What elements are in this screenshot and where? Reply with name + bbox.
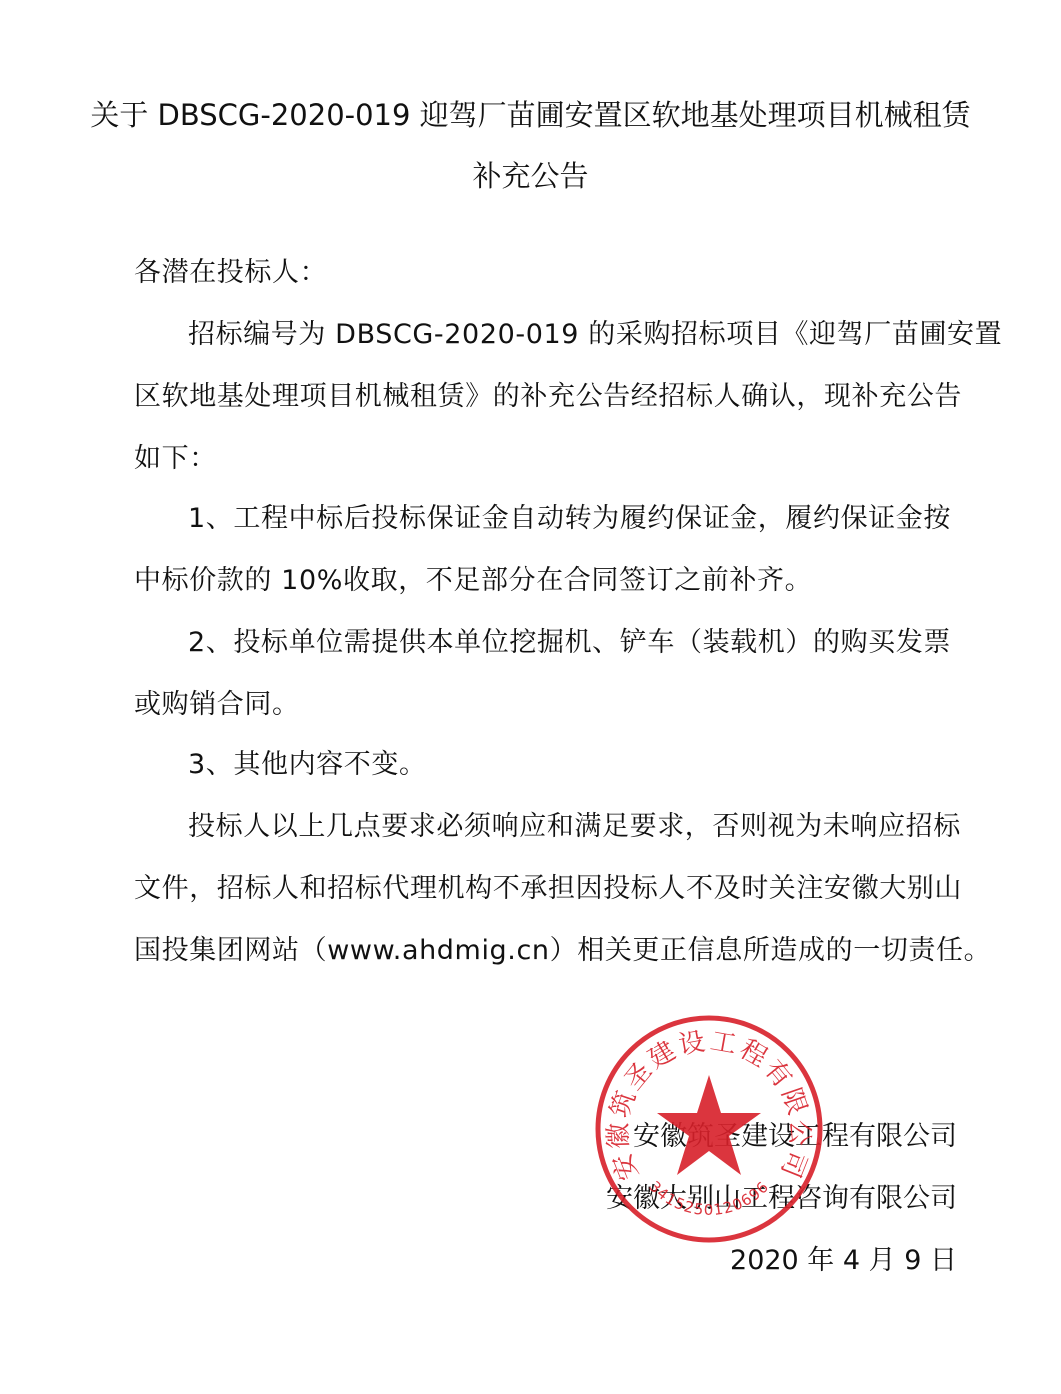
- signature-date: 2020 年 4 月 9 日: [730, 1238, 957, 1277]
- salutation: 各潜在投标人：: [134, 250, 327, 289]
- intro-line-1: 招标编号为 DBSCG-2020-019 的采购招标项目《迎驾厂苗圃安置: [188, 312, 1002, 351]
- closing-line-2: 文件，招标人和招标代理机构不承担因投标人不及时关注安徽大别山: [134, 866, 962, 905]
- item-1-line-2: 中标价款的 10%收取，不足部分在合同签订之前补齐。: [134, 558, 812, 597]
- svg-text:安徽筑圣建设工程有限公司: 安徽筑圣建设工程有限公司: [604, 1026, 815, 1184]
- intro-line-2: 区软地基处理项目机械租赁》的补充公告经招标人确认，现补充公告: [134, 374, 962, 413]
- item-3-line-1: 3、其他内容不变。: [188, 742, 427, 781]
- item-1-line-1: 1、工程中标后投标保证金自动转为履约保证金，履约保证金按: [188, 496, 951, 535]
- signature-company-2: 安徽大别山工程咨询有限公司: [606, 1176, 957, 1215]
- document-title-line-2: 补充公告: [0, 154, 1061, 195]
- item-2-line-2: 或购销合同。: [134, 682, 300, 721]
- closing-line-3: 国投集团网站（www.ahdmig.cn）相关更正信息所造成的一切责任。: [134, 928, 991, 967]
- signature-company-1: 安徽筑圣建设工程有限公司: [633, 1114, 957, 1153]
- intro-line-3: 如下：: [134, 436, 217, 475]
- item-2-line-1: 2、投标单位需提供本单位挖掘机、铲车（装载机）的购买发票: [188, 620, 951, 659]
- stamp-ring-text: 安徽筑圣建设工程有限公司: [604, 1026, 815, 1184]
- closing-line-1: 投标人以上几点要求必须响应和满足要求，否则视为未响应招标: [188, 804, 961, 843]
- document-title-line-1: 关于 DBSCG-2020-019 迎驾厂苗圃安置区软地基处理项目机械租赁: [0, 93, 1061, 134]
